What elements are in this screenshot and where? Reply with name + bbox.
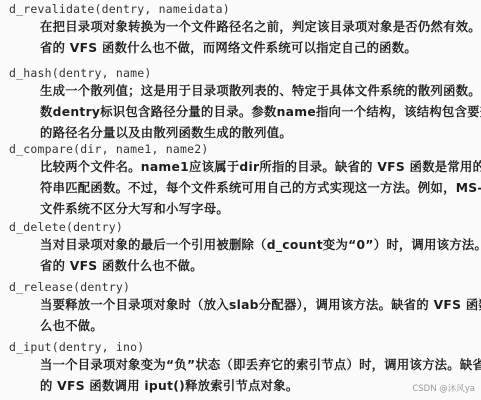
function-signature: d_delete(dentry) [9,220,123,234]
function-description: 生成一个散列值；这是用于目录项散列表的、特定于具体文件系统的散列函数。参 数de… [40,81,472,144]
function-signature: d_revalidate(dentry, nameidata) [9,2,230,16]
watermark: CSDN @沐风ya [412,382,475,394]
description-line: 比较两个文件名。name1应该属于dir所指的目录。缺省的 VFS 函数是常用的… [40,157,472,178]
description-line: 省的 VFS 函数什么也不做。 [40,256,472,277]
function-description: 当要释放一个目录项对象时（放入slab分配器），调用该方法。缺省的 VFS 函数… [40,295,472,337]
function-description: 比较两个文件名。name1应该属于dir所指的目录。缺省的 VFS 函数是常用的… [40,157,472,220]
description-line: 符串匹配函数。不过，每个文件系统可用自己的方式实现这一方法。例如，MS-DOS [40,178,472,199]
document-page: d_revalidate(dentry, nameidata) 在把目录项对象转… [0,0,481,400]
function-description: 当对目录项对象的最后一个引用被删除（d_count变为“0”）时，调用该方法。缺… [40,235,472,277]
function-description: 当一个目录项对象变为“负”状态（即丢弃它的索引节点）时，调用该方法。缺省 的 V… [40,355,472,397]
description-line: 当要释放一个目录项对象时（放入slab分配器），调用该方法。缺省的 VFS 函数… [40,295,472,316]
function-description: 在把目录项对象转换为一个文件路径名之前，判定该目录项对象是否仍然有效。缺 省的 … [40,17,472,59]
function-signature: d_iput(dentry, ino) [9,340,144,354]
function-signature: d_compare(dir, name1, name2) [9,142,208,156]
description-line: 当对目录项对象的最后一个引用被删除（d_count变为“0”）时，调用该方法。缺 [40,235,472,256]
description-line: 的 VFS 函数调用 iput()释放索引节点对象。 [40,376,472,397]
description-line: 省的 VFS 函数什么也不做，而网络文件系统可以指定自己的函数。 [40,38,472,59]
description-line: 生成一个散列值；这是用于目录项散列表的、特定于具体文件系统的散列函数。参 [40,81,472,102]
description-line: 么也不做。 [40,316,472,337]
description-line: 当一个目录项对象变为“负”状态（即丢弃它的索引节点）时，调用该方法。缺省 [40,355,472,376]
function-signature: d_release(dentry) [9,280,130,294]
description-line: 在把目录项对象转换为一个文件路径名之前，判定该目录项对象是否仍然有效。缺 [40,17,472,38]
description-line: 的路径名分量以及由散列函数生成的散列值。 [40,123,472,144]
description-line: 文件系统不区分大写和小写字母。 [40,199,472,220]
description-line: 数dentry标识包含路径分量的目录。参数name指向一个结构，该结构包含要查找 [40,102,472,123]
function-signature: d_hash(dentry, name) [9,66,151,80]
